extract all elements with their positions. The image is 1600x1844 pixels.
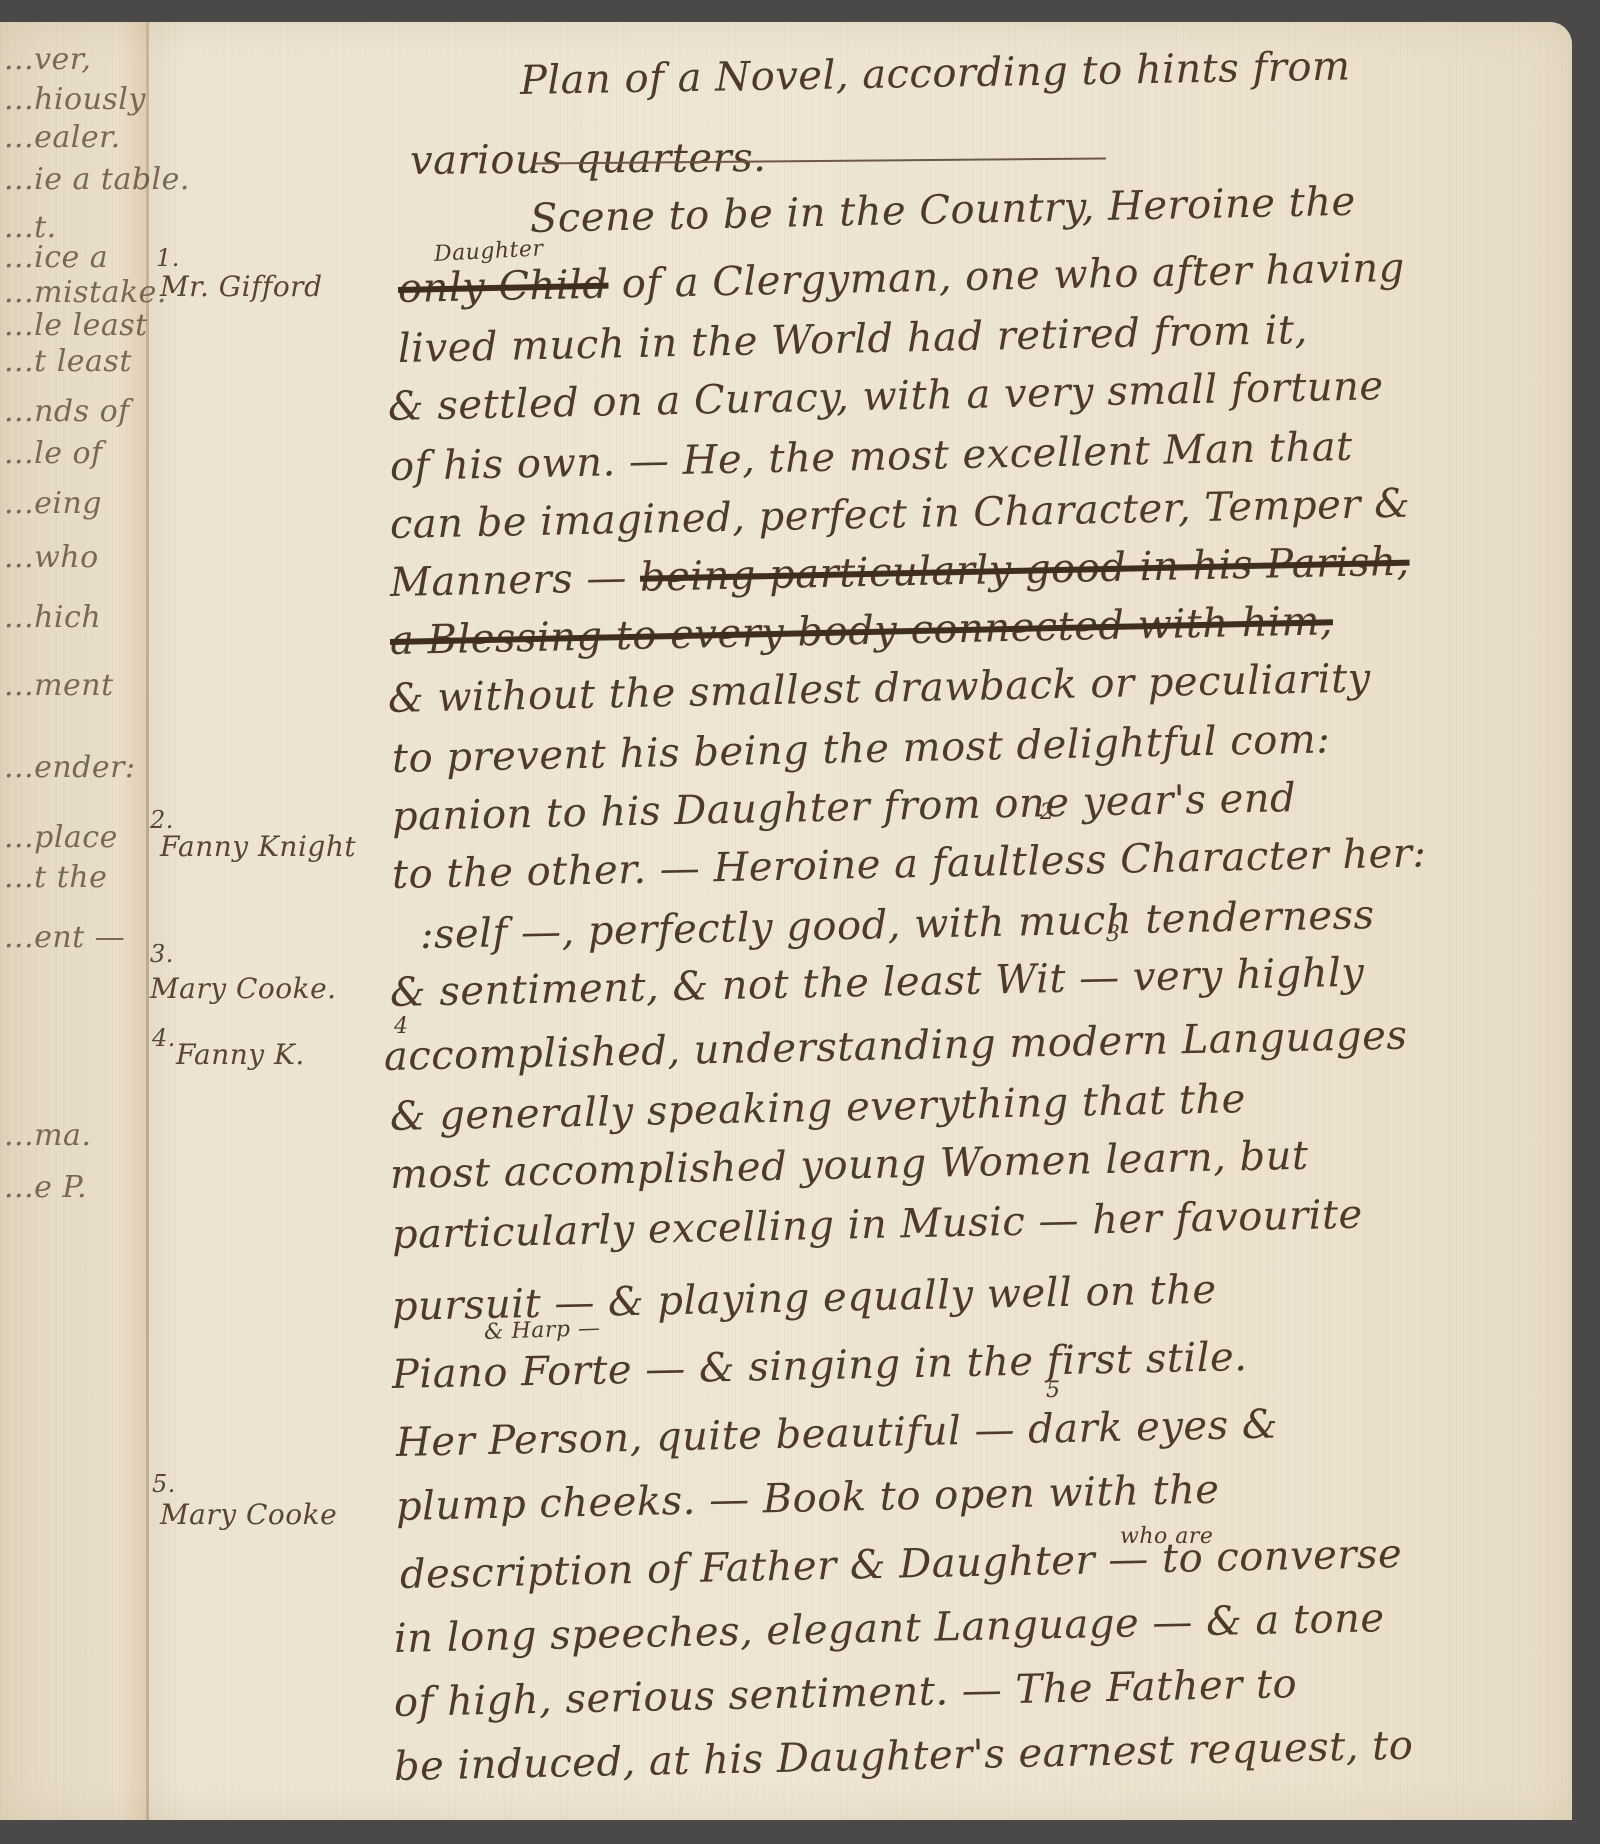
body-line-start: Manners — bbox=[390, 555, 641, 606]
margin-note-number: 5. bbox=[152, 1470, 176, 1498]
margin-note-number: 1. bbox=[156, 244, 180, 272]
struck-text: only Child bbox=[398, 262, 609, 312]
prev-fragment: ...ie a table. bbox=[4, 162, 190, 197]
prev-fragment: ...ealer. bbox=[4, 120, 121, 155]
prev-fragment: ...ment bbox=[4, 668, 114, 703]
superscript-number: 3 bbox=[1106, 922, 1121, 947]
prev-fragment: ...place bbox=[4, 820, 118, 855]
margin-note-name: Mary Cooke. bbox=[150, 972, 337, 1005]
margin-note-name: Mr. Gifford bbox=[160, 270, 323, 303]
margin-note-number: 4. bbox=[152, 1024, 176, 1052]
prev-fragment: ...t the bbox=[4, 860, 107, 895]
prev-fragment: ...le of bbox=[4, 436, 103, 471]
prev-fragment: ...t least bbox=[4, 344, 132, 379]
prev-fragment: ...e P. bbox=[4, 1170, 87, 1205]
margin-note-name: Fanny Knight bbox=[160, 830, 356, 863]
superscript-number: 5 bbox=[1046, 1378, 1061, 1403]
prev-fragment: ...le least bbox=[4, 308, 148, 343]
margin-note-name: Mary Cooke bbox=[160, 1498, 337, 1531]
superscript-number: 2 bbox=[1040, 800, 1055, 825]
prev-fragment: ...hiously bbox=[4, 82, 146, 117]
prev-fragment: ...mistake. bbox=[4, 275, 167, 310]
prev-fragment: ...ma. bbox=[4, 1118, 91, 1153]
prev-fragment: ...who bbox=[4, 540, 99, 575]
prev-fragment: ...nds of bbox=[4, 394, 130, 429]
interlinear-insertion-harp: & Harp — bbox=[484, 1316, 601, 1345]
margin-note-name: Fanny K. bbox=[176, 1038, 305, 1071]
prev-fragment: ...ver, bbox=[4, 42, 91, 77]
prev-fragment: ...ender: bbox=[4, 750, 136, 785]
prev-fragment: ...ent — bbox=[4, 920, 125, 955]
prev-fragment: ...ice a bbox=[4, 240, 108, 275]
document-title-line-2: various quarters. bbox=[410, 135, 767, 184]
prev-fragment: ...eing bbox=[4, 486, 102, 521]
margin-note-number: 3. bbox=[150, 940, 174, 968]
prev-fragment: ...hich bbox=[4, 600, 101, 635]
